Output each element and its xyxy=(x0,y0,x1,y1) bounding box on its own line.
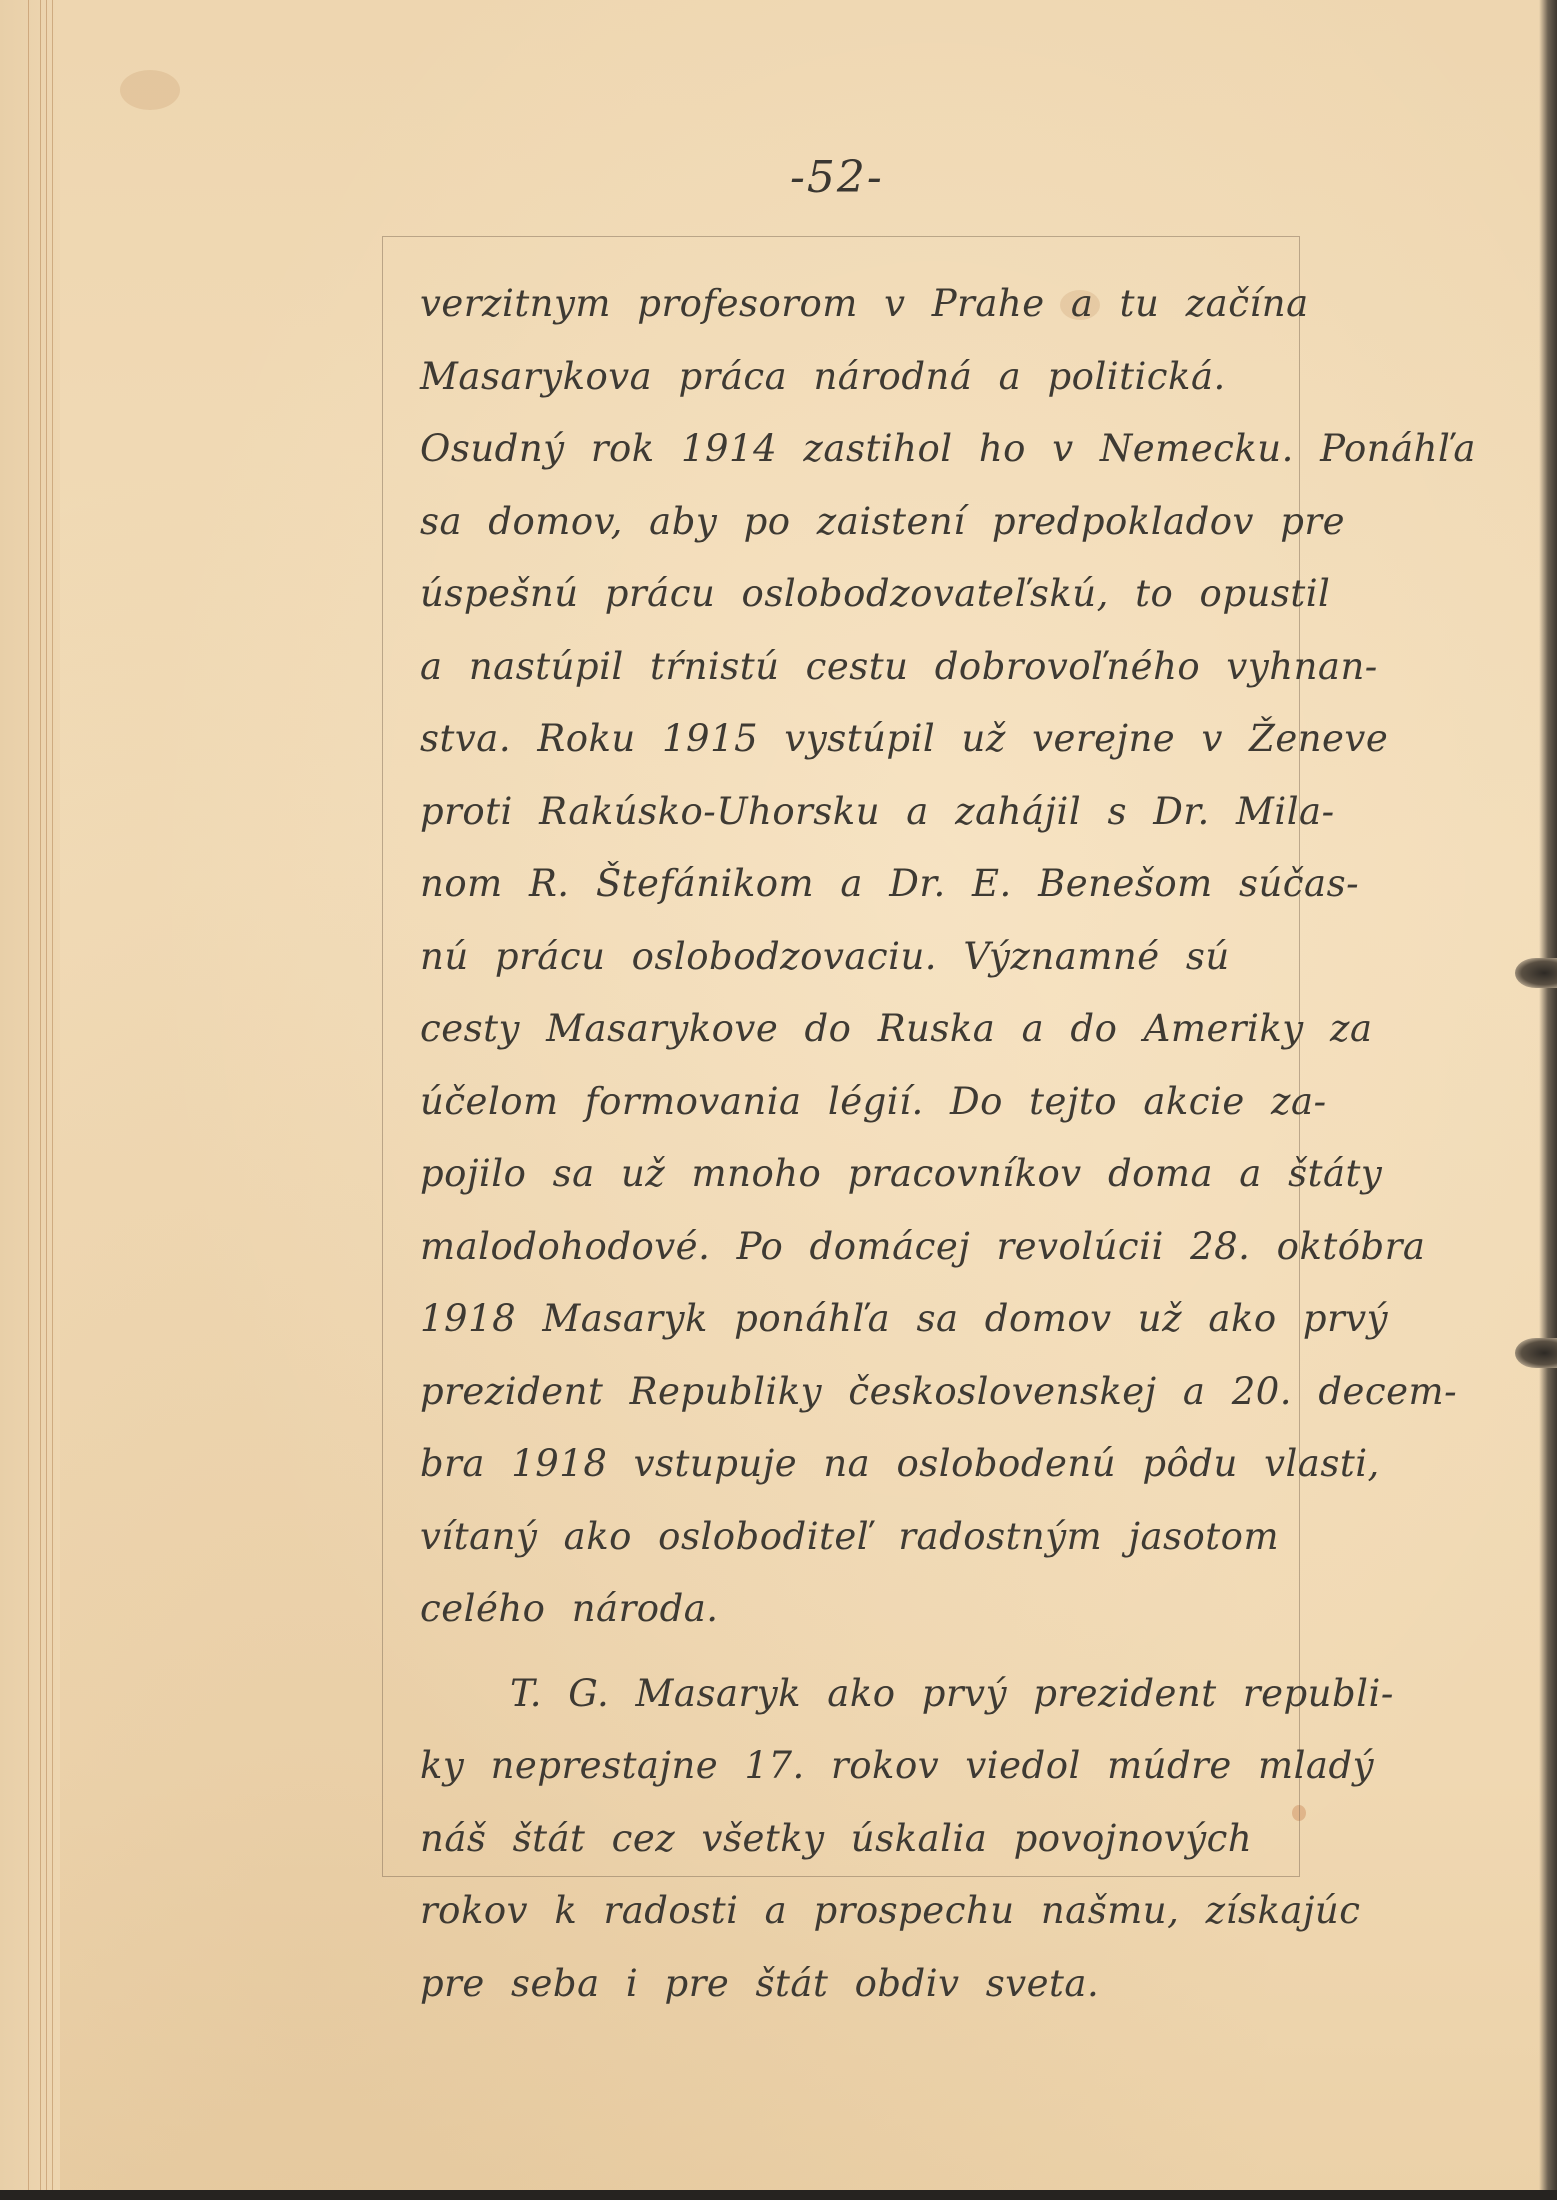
text-line: stva. Roku 1915 vystúpil už verejne v Že… xyxy=(420,703,1300,776)
binding-hole-icon xyxy=(1515,1338,1557,1368)
text-line: nom R. Štefánikom a Dr. E. Benešom súčas… xyxy=(420,848,1300,921)
text-line: vítaný ako osloboditeľ radostným jasotom xyxy=(420,1501,1300,1574)
text-line: T. G. Masaryk ako prvý prezident republi… xyxy=(420,1658,1300,1731)
text-line: cesty Masarykove do Ruska a do Ameriky z… xyxy=(420,993,1300,1066)
paper-stain xyxy=(120,70,180,110)
text-line: pojilo sa už mnoho pracovníkov doma a št… xyxy=(420,1138,1300,1211)
binding-hole-icon xyxy=(1515,958,1557,988)
text-line: celého národa. xyxy=(420,1573,1300,1646)
scanned-manuscript-page: -52- verzitnym profesorom v Prahe a tu z… xyxy=(0,0,1557,2200)
text-line: malodohodové. Po domácej revolúcii 28. o… xyxy=(420,1211,1300,1284)
stacked-page-edges xyxy=(0,0,60,2190)
binding-shadow xyxy=(1539,0,1557,2200)
text-line: Masarykova práca národná a politická. xyxy=(420,341,1300,414)
text-line: nú prácu oslobodzovaciu. Významné sú xyxy=(420,921,1300,994)
text-line: pre seba i pre štát obdiv sveta. xyxy=(420,1948,1300,2021)
text-line: účelom formovania légií. Do tejto akcie … xyxy=(420,1066,1300,1139)
text-line: bra 1918 vstupuje na oslobodenú pôdu vla… xyxy=(420,1428,1300,1501)
text-line: 1918 Masaryk ponáhľa sa domov už ako prv… xyxy=(420,1283,1300,1356)
text-line: Osudný rok 1914 zastihol ho v Nemecku. P… xyxy=(420,413,1300,486)
scanner-bottom-edge xyxy=(0,2190,1557,2200)
text-line: rokov k radosti a prospechu našmu, získa… xyxy=(420,1875,1300,1948)
paragraph-2: T. G. Masaryk ako prvý prezident republi… xyxy=(420,1658,1300,2021)
text-line: náš štát cez všetky úskalia povojnových xyxy=(420,1803,1300,1876)
page-number: -52- xyxy=(790,152,884,203)
text-line: proti Rakúsko-Uhorsku a zahájil s Dr. Mi… xyxy=(420,776,1300,849)
handwritten-text-body: verzitnym profesorom v Prahe a tu začína… xyxy=(420,268,1300,2020)
text-line: verzitnym profesorom v Prahe a tu začína xyxy=(420,268,1300,341)
text-line: sa domov, aby po zaistení predpokladov p… xyxy=(420,486,1300,559)
text-line: úspešnú prácu oslobodzovateľskú, to opus… xyxy=(420,558,1300,631)
paragraph-1: verzitnym profesorom v Prahe a tu začína… xyxy=(420,268,1300,1646)
text-line: ky neprestajne 17. rokov viedol múdre ml… xyxy=(420,1730,1300,1803)
text-line: a nastúpil tŕnistú cestu dobrovoľného vy… xyxy=(420,631,1300,704)
text-line: prezident Republiky československej a 20… xyxy=(420,1356,1300,1429)
